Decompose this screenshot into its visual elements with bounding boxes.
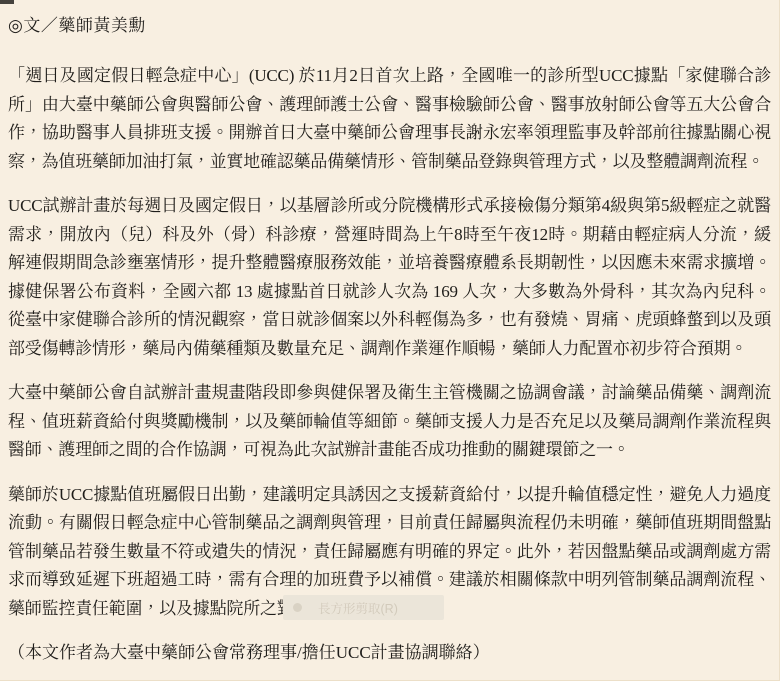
bullet-dot-icon — [293, 603, 302, 612]
corner-artifact — [0, 0, 14, 4]
paragraph-2: UCC試辦計畫於每週日及國定假日，以基層診所或分院機構形式承接檢傷分類第4級與第… — [8, 192, 771, 363]
paragraph-1: 「週日及國定假日輕急症中心」(UCC) 於11月2日首次上路，全國唯一的診所型U… — [8, 62, 771, 176]
snip-menu-item-label: 長方形剪取(R) — [318, 599, 398, 617]
byline: ◎文／藥師黃美勳 — [8, 12, 771, 40]
attribution: （本文作者為大臺中藥師公會常務理事/擔任UCC計畫協調聯絡） — [8, 639, 771, 667]
paragraph-3: 大臺中藥師公會自試辦計畫規畫階段即參與健保署及衛生主管機關之協調會議，討論藥品備… — [8, 379, 771, 465]
article-page: ◎文／藥師黃美勳 「週日及國定假日輕急症中心」(UCC) 於11月2日首次上路，… — [0, 0, 780, 681]
snip-menu-item-rectangular[interactable]: 長方形剪取(R) — [283, 595, 444, 620]
